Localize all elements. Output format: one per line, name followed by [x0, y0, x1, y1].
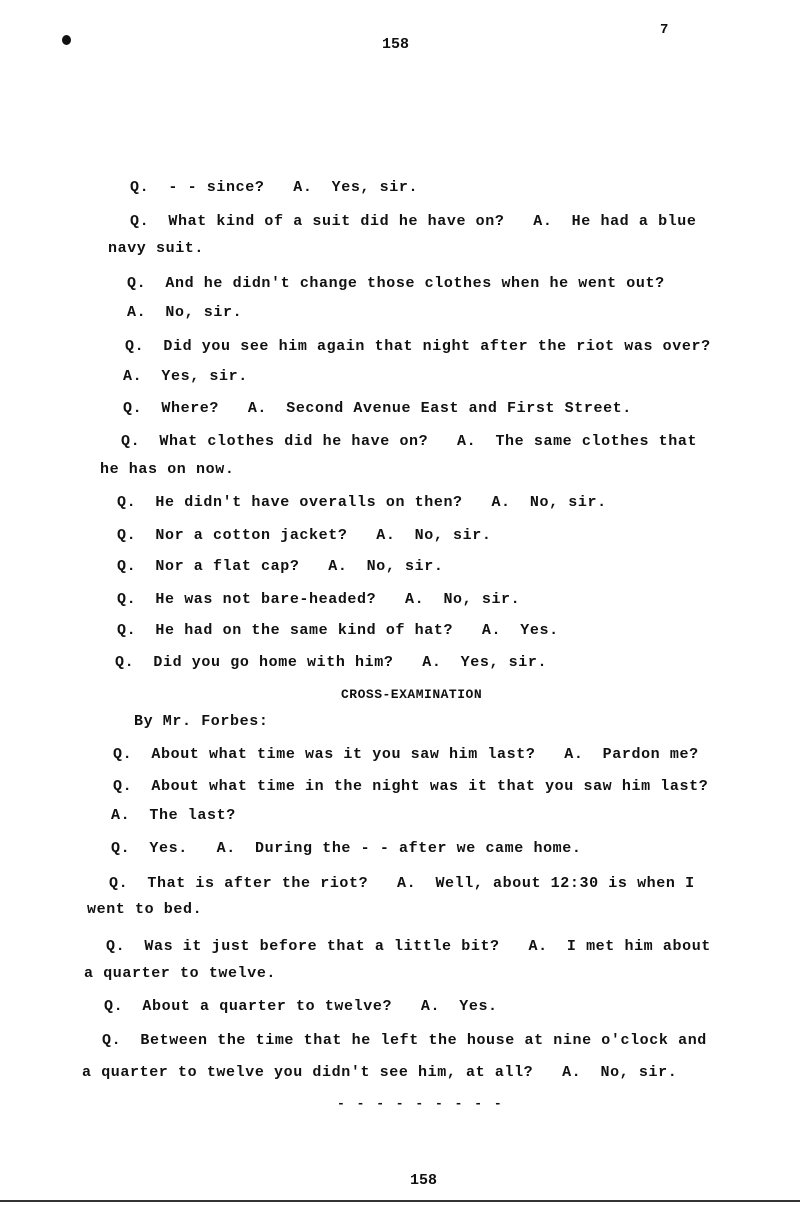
- transcript-line: Q. - - since? A. Yes, sir.: [130, 179, 418, 196]
- cross-line: Q. Between the time that he left the hou…: [102, 1032, 707, 1049]
- examiner-label: By Mr. Forbes:: [134, 713, 268, 730]
- transcript-line: Q. And he didn't change those clothes wh…: [127, 275, 665, 292]
- cross-line: Q. Yes. A. During the - - after we came …: [111, 840, 581, 857]
- cross-line: went to bed.: [87, 901, 202, 918]
- transcript-line: Q. Where? A. Second Avenue East and Firs…: [123, 400, 632, 417]
- transcript-line: Q. What kind of a suit did he have on? A…: [130, 213, 697, 230]
- transcript-line: Q. He didn't have overalls on then? A. N…: [117, 494, 607, 511]
- cross-line: A. The last?: [111, 807, 236, 824]
- transcript-line: A. Yes, sir.: [123, 368, 248, 385]
- cross-line: Q. Was it just before that a little bit?…: [106, 938, 711, 955]
- transcript-line: Q. Nor a cotton jacket? A. No, sir.: [117, 527, 491, 544]
- cross-line: Q. About what time was it you saw him la…: [113, 746, 699, 763]
- cross-line: Q. About what time in the night was it t…: [113, 778, 708, 795]
- cross-line: Q. About a quarter to twelve? A. Yes.: [104, 998, 498, 1015]
- transcript-line: Q. Did you see him again that night afte…: [125, 338, 711, 355]
- cross-line: a quarter to twelve you didn't see him, …: [82, 1064, 677, 1081]
- transcript-line: navy suit.: [108, 240, 204, 257]
- page-number-top: 158: [382, 36, 409, 53]
- section-heading: CROSS-EXAMINATION: [341, 687, 482, 702]
- transcript-line: he has on now.: [100, 461, 234, 478]
- transcript-line: Q. He was not bare-headed? A. No, sir.: [117, 591, 520, 608]
- cross-line: a quarter to twelve.: [84, 965, 276, 982]
- transcript-line: Q. Did you go home with him? A. Yes, sir…: [115, 654, 547, 671]
- corner-mark: 7: [660, 22, 668, 38]
- section-divider: - - - - - - - - -: [337, 1096, 504, 1111]
- cross-line: Q. That is after the riot? A. Well, abou…: [109, 875, 695, 892]
- transcript-line: Q. What clothes did he have on? A. The s…: [121, 433, 697, 450]
- transcript-line: A. No, sir.: [127, 304, 242, 321]
- transcript-line: Q. Nor a flat cap? A. No, sir.: [117, 558, 443, 575]
- punch-hole-mark: [62, 35, 71, 45]
- page-number-bottom: 158: [410, 1172, 437, 1189]
- transcript-line: Q. He had on the same kind of hat? A. Ye…: [117, 622, 559, 639]
- bottom-rule: [0, 1200, 800, 1202]
